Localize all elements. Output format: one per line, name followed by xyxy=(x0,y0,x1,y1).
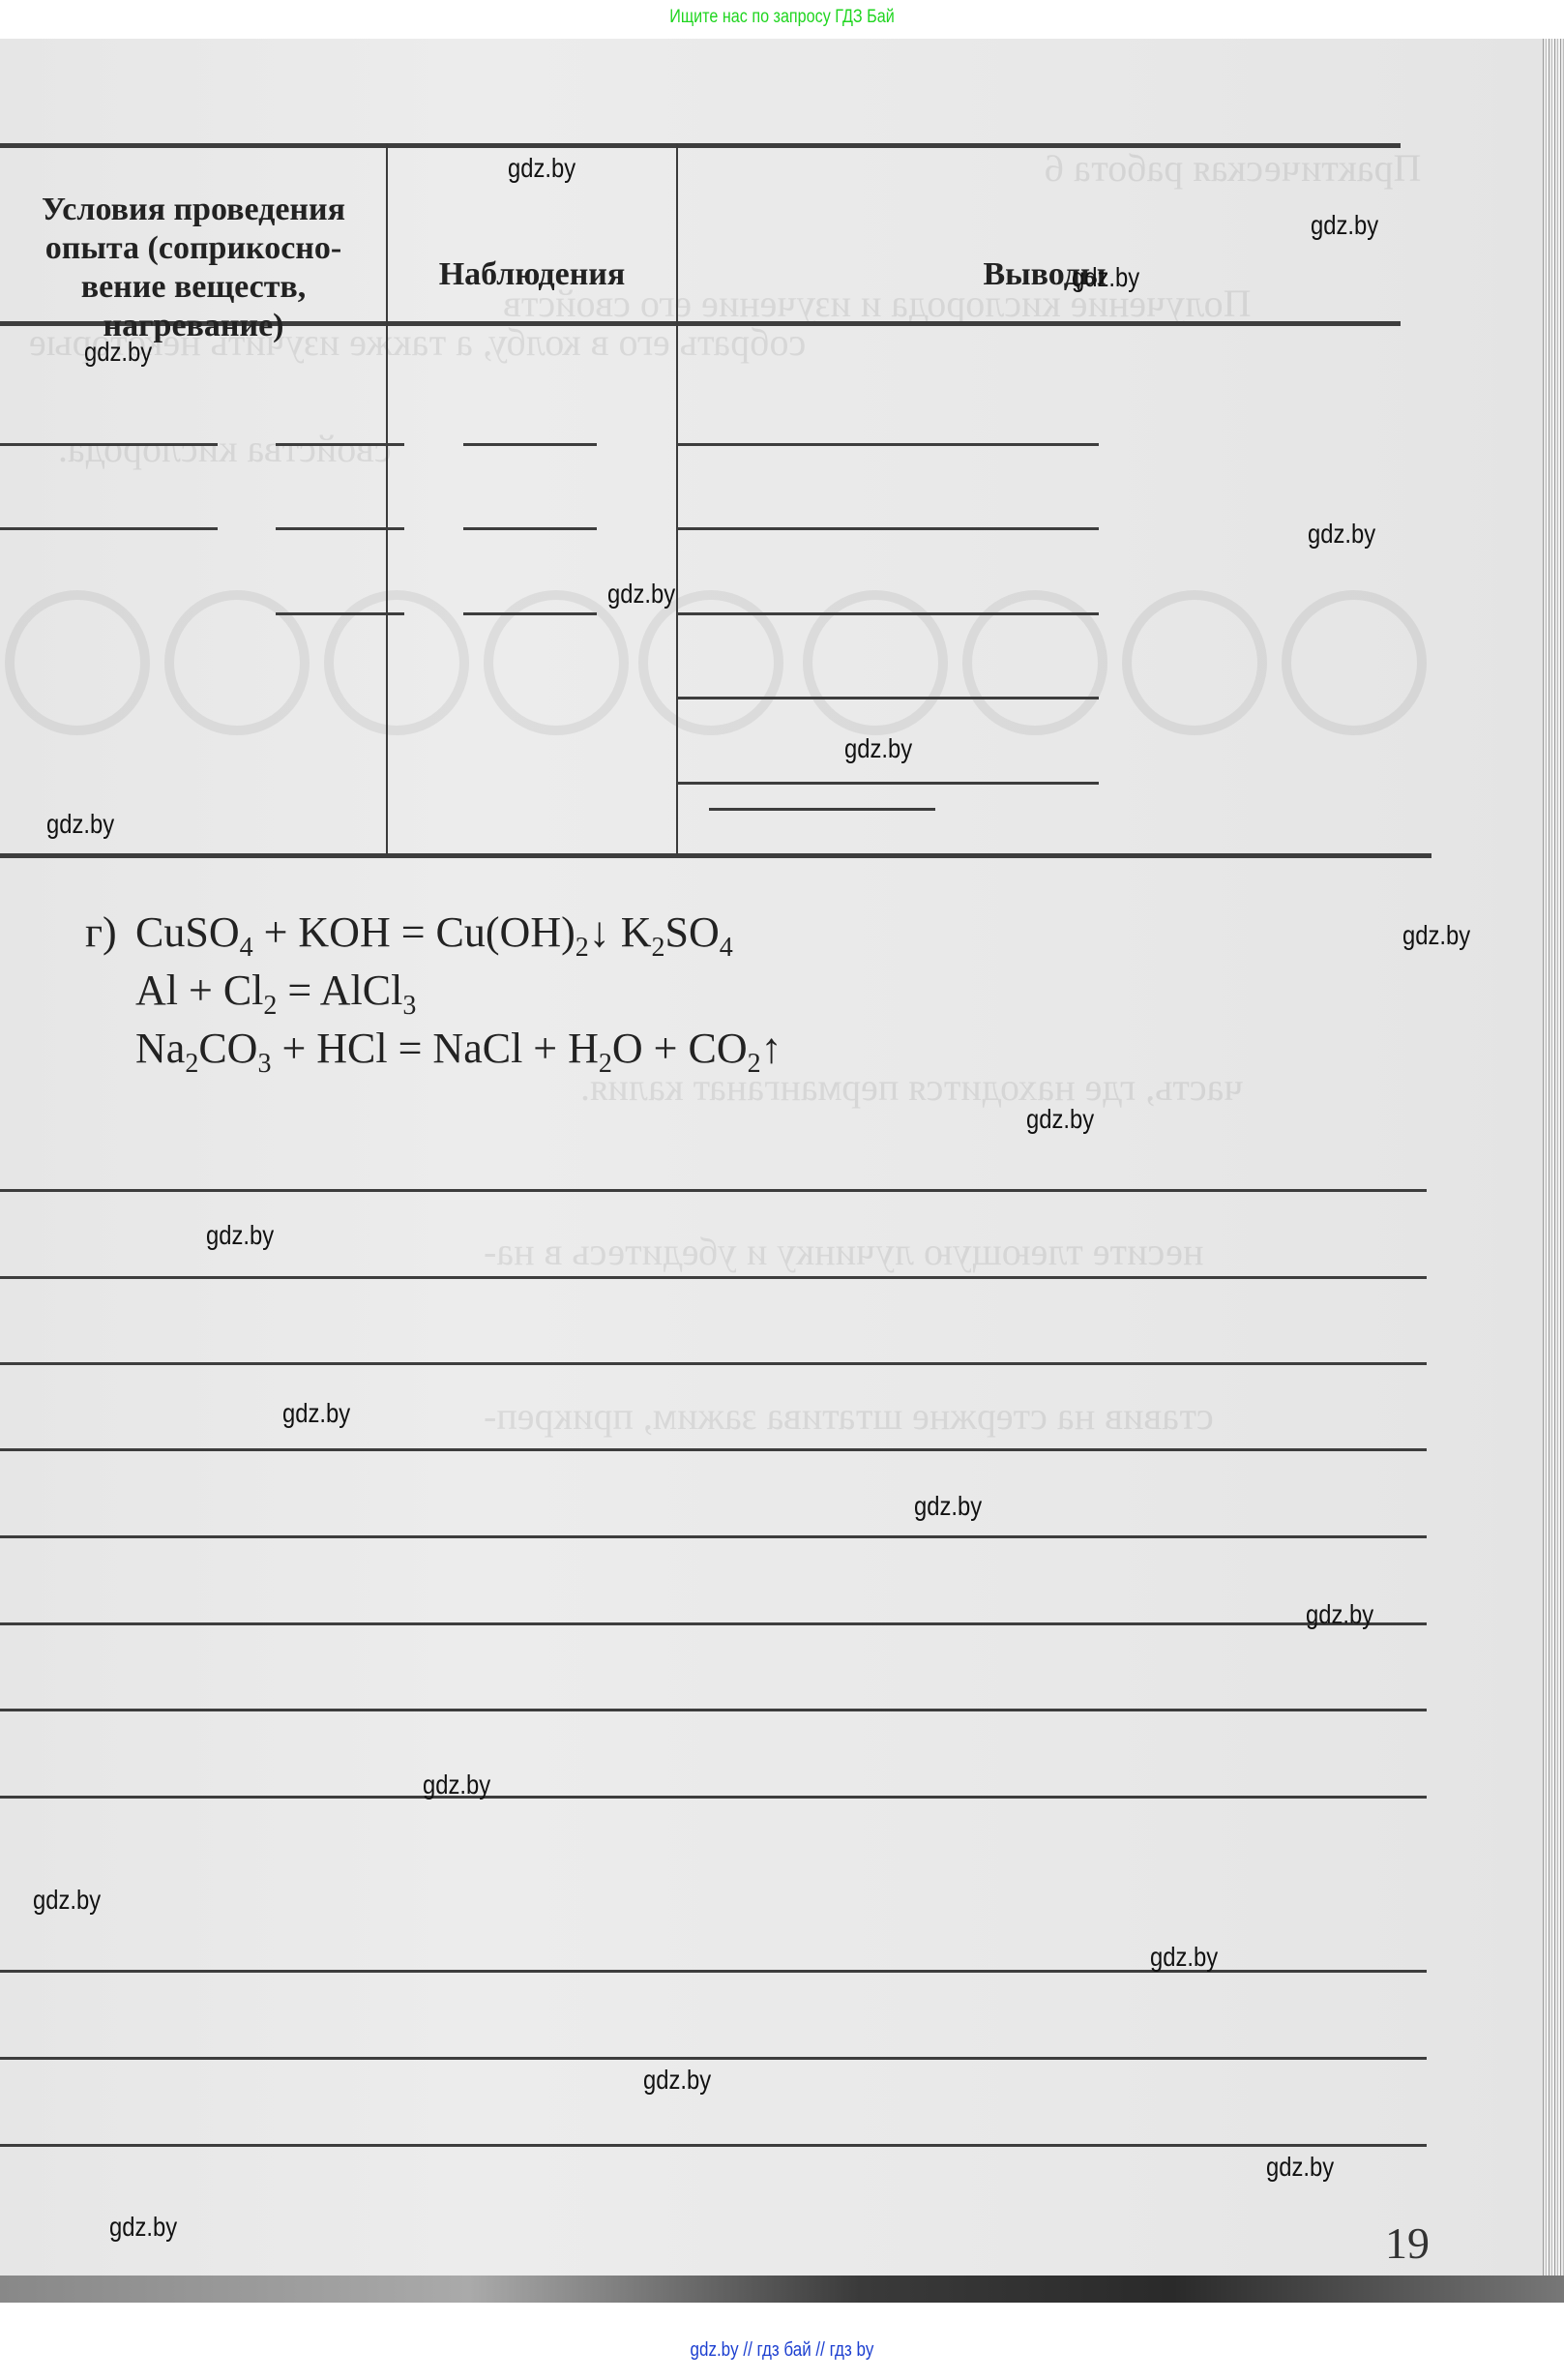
bleed-through-text: ставив на стержне штатива зажим, прикреп… xyxy=(484,1393,1214,1439)
bottom-banner[interactable]: gdz.by // гдз бай // гдз by xyxy=(117,2339,1446,2362)
table-column-divider xyxy=(676,143,678,855)
equation-text: Al + Cl2 = AlCl3 xyxy=(135,967,416,1014)
watermark: gdz.by xyxy=(282,1398,350,1429)
safety-sign-icon xyxy=(1122,590,1267,735)
bleed-through-text: свойства кислорода. xyxy=(58,426,392,471)
answer-line[interactable] xyxy=(463,612,597,615)
answer-line[interactable] xyxy=(463,527,597,530)
page-number: 19 xyxy=(1385,2217,1430,2269)
watermark: gdz.by xyxy=(206,1220,274,1251)
bleed-through-text: Практическая работа 6 xyxy=(1045,145,1421,191)
answer-line[interactable] xyxy=(677,782,1099,785)
ruled-line[interactable] xyxy=(0,1448,1427,1451)
answer-line[interactable] xyxy=(0,443,218,446)
watermark: gdz.by xyxy=(607,579,675,610)
watermark: gdz.by xyxy=(423,1770,490,1800)
ruled-line[interactable] xyxy=(0,1535,1427,1538)
safety-sign-icon xyxy=(5,590,150,735)
watermark: gdz.by xyxy=(643,2065,711,2096)
answer-line[interactable] xyxy=(677,443,1099,446)
table-bottom-border xyxy=(0,853,1431,858)
header-conditions-line: вение веществ, xyxy=(0,268,387,307)
table-top-border xyxy=(0,143,1401,148)
header-conclusions: Выводы xyxy=(677,256,1412,293)
watermark: gdz.by xyxy=(1402,920,1470,951)
answer-equation-2: Al + Cl2 = AlCl3 xyxy=(135,966,416,1022)
answer-equation-3: Na2CO3 + HCl = NaCl + H2O + CO2↑ xyxy=(135,1024,782,1080)
page-bottom-shadow xyxy=(0,2276,1564,2303)
answer-line[interactable] xyxy=(276,443,404,446)
ruled-line[interactable] xyxy=(0,2144,1427,2147)
header-conditions-line: опыта (соприкосно- xyxy=(0,229,387,268)
header-conditions: Условия проведения опыта (соприкосно- ве… xyxy=(0,191,387,345)
equation-text: CuSO4 + KOH = Cu(OH)2↓ K2SO4 xyxy=(135,908,733,956)
watermark: gdz.by xyxy=(1308,519,1375,550)
header-conditions-line: Условия проведения xyxy=(0,191,387,229)
ruled-line[interactable] xyxy=(0,1796,1427,1799)
answer-line[interactable] xyxy=(709,808,935,811)
workbook-page: Практическая работа 6 Получение кислород… xyxy=(0,39,1564,2303)
watermark: gdz.by xyxy=(1072,262,1139,293)
ruled-line[interactable] xyxy=(0,1709,1427,1711)
answer-line[interactable] xyxy=(677,697,1099,699)
equation-text: Na2CO3 + HCl = NaCl + H2O + CO2↑ xyxy=(135,1025,782,1072)
top-banner[interactable]: Ищите нас по запросу ГДЗ Бай xyxy=(117,0,1446,39)
answer-label: г) xyxy=(85,907,135,957)
watermark: gdz.by xyxy=(1150,1942,1218,1973)
answer-line[interactable] xyxy=(677,527,1099,530)
ruled-line[interactable] xyxy=(0,1362,1427,1365)
bleed-through-text: несите тлеющую лучинку и убедитесь в на- xyxy=(484,1229,1203,1274)
watermark: gdz.by xyxy=(914,1491,982,1522)
page-edge xyxy=(1543,39,1564,2303)
answer-line[interactable] xyxy=(0,527,218,530)
watermark: gdz.by xyxy=(46,809,114,840)
answer-line[interactable] xyxy=(276,612,404,615)
header-conditions-line: нагревание) xyxy=(0,307,387,345)
watermark: gdz.by xyxy=(109,2212,177,2243)
answer-line[interactable] xyxy=(677,612,1099,615)
watermark: gdz.by xyxy=(33,1885,101,1916)
watermark: gdz.by xyxy=(1026,1104,1094,1135)
header-observations: Наблюдения xyxy=(387,256,677,293)
watermark: gdz.by xyxy=(1311,210,1378,241)
ruled-line[interactable] xyxy=(0,2057,1427,2060)
watermark: gdz.by xyxy=(1306,1599,1373,1630)
watermark: gdz.by xyxy=(844,733,912,764)
safety-sign-icon xyxy=(1282,590,1427,735)
ruled-line[interactable] xyxy=(0,1276,1427,1279)
watermark: gdz.by xyxy=(84,337,152,368)
answer-line[interactable] xyxy=(276,527,404,530)
watermark: gdz.by xyxy=(1266,2152,1334,2183)
answer-line[interactable] xyxy=(463,443,597,446)
ruled-line[interactable] xyxy=(0,1622,1427,1625)
ruled-line[interactable] xyxy=(0,1189,1427,1192)
answer-equation-1: г)CuSO4 + KOH = Cu(OH)2↓ K2SO4 xyxy=(85,907,733,964)
watermark: gdz.by xyxy=(508,153,575,184)
